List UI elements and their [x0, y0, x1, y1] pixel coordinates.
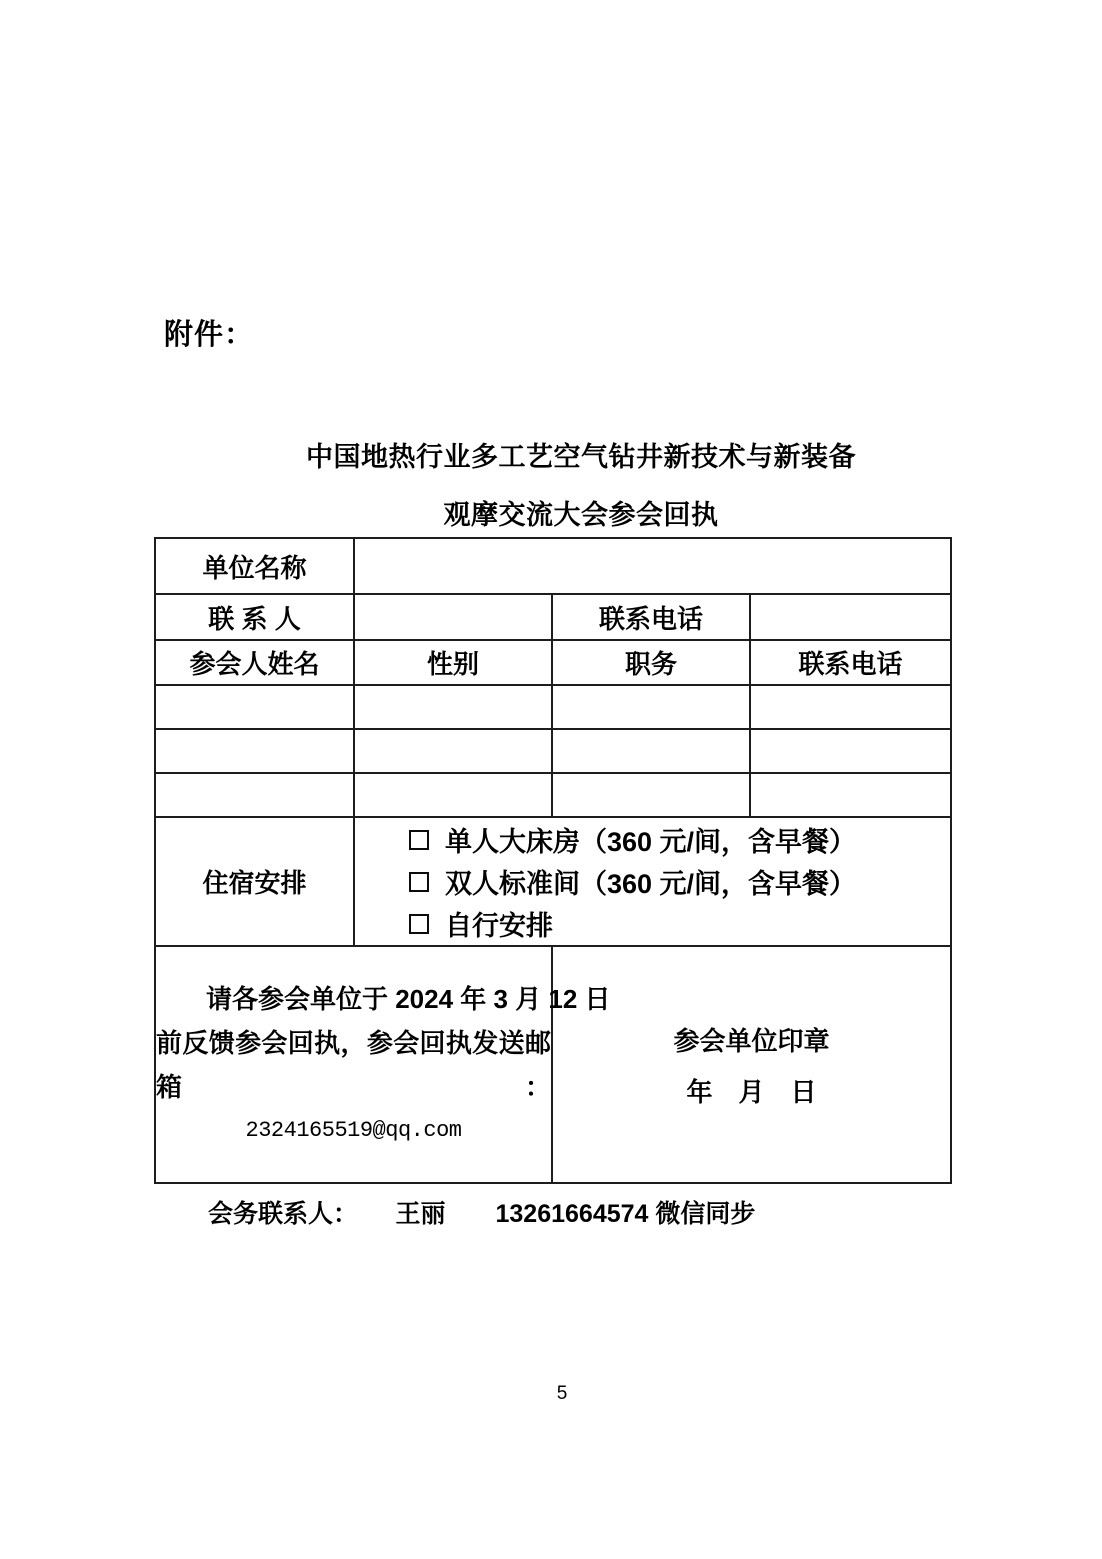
participant-name-cell[interactable]: [155, 729, 354, 773]
contact-person-label: 联 系 人: [155, 594, 354, 640]
contact-phone-input-cell[interactable]: [750, 594, 951, 640]
document-page: 附件： 中国地热行业多工艺空气钻井新技术与新装备 观摩交流大会参会回执 单位名称…: [0, 0, 1102, 1559]
participant-phone-cell[interactable]: [750, 729, 951, 773]
footer-contact-line: 会务联系人： 王丽 13261664574 微信同步: [208, 1194, 755, 1230]
seal-label: 参会单位印章: [553, 1021, 950, 1058]
participant-name-cell[interactable]: [155, 773, 354, 817]
unit-name-row: 单位名称: [155, 538, 951, 594]
accommodation-label: 住宿安排: [155, 817, 354, 946]
participant-gender-header: 性别: [354, 640, 552, 685]
accommodation-option: 双人标准间（360 元/间，含早餐）: [355, 861, 950, 903]
checkbox-icon[interactable]: [409, 914, 429, 934]
participant-gender-cell[interactable]: [354, 773, 552, 817]
participant-phone-header: 联系电话: [750, 640, 951, 685]
participant-name-header: 参会人姓名: [155, 640, 354, 685]
seal-cell: 参会单位印章 年 月 日: [552, 946, 951, 1183]
contact-person-input-cell[interactable]: [354, 594, 552, 640]
participant-position-cell[interactable]: [552, 729, 750, 773]
page-number: 5: [11, 1383, 1102, 1405]
feedback-line-1: 请各参会单位于 2024 年 3 月 12 日: [156, 977, 551, 1021]
accommodation-options-cell: 单人大床房（360 元/间，含早餐） 双人标准间（360 元/间，含早餐） 自行…: [354, 817, 951, 946]
accommodation-option: 单人大床房（360 元/间，含早餐）: [355, 819, 950, 861]
checkbox-icon[interactable]: [409, 872, 429, 892]
participant-row: [155, 773, 951, 817]
contact-row: 联 系 人 联系电话: [155, 594, 951, 640]
unit-name-label: 单位名称: [155, 538, 354, 594]
accommodation-option-label: 双人标准间（360 元/间，含早餐）: [445, 862, 856, 901]
contact-phone-label: 联系电话: [552, 594, 750, 640]
checkbox-icon[interactable]: [409, 830, 429, 850]
feedback-email: 2324165519@qq.com: [156, 1109, 551, 1153]
participant-header-row: 参会人姓名 性别 职务 联系电话: [155, 640, 951, 685]
participant-row: [155, 729, 951, 773]
participant-row: [155, 685, 951, 729]
participant-position-cell[interactable]: [552, 773, 750, 817]
accommodation-option-label: 单人大床房（360 元/间，含早餐）: [445, 820, 856, 859]
accommodation-option: 自行安排: [355, 903, 950, 945]
feedback-seal-row: 请各参会单位于 2024 年 3 月 12 日 前反馈参会回执，参会回执发送邮箱…: [155, 946, 951, 1183]
participant-position-header: 职务: [552, 640, 750, 685]
attachment-label: 附件：: [164, 312, 254, 353]
participant-gender-cell[interactable]: [354, 685, 552, 729]
participant-name-cell[interactable]: [155, 685, 354, 729]
seal-date-line: 年 月 日: [553, 1072, 950, 1109]
participant-phone-cell[interactable]: [750, 685, 951, 729]
participant-gender-cell[interactable]: [354, 729, 552, 773]
participant-phone-cell[interactable]: [750, 773, 951, 817]
registration-form-table: 单位名称 联 系 人 联系电话 参会人姓名 性别 职务 联系电话: [154, 537, 952, 1184]
participant-position-cell[interactable]: [552, 685, 750, 729]
unit-name-input-cell[interactable]: [354, 538, 951, 594]
accommodation-option-label: 自行安排: [445, 904, 553, 943]
accommodation-row: 住宿安排 单人大床房（360 元/间，含早餐） 双人标准间（360 元/间，含早…: [155, 817, 951, 946]
feedback-line-2: 前反馈参会回执，参会回执发送邮箱：: [156, 1021, 551, 1109]
page-title-line-1: 中国地热行业多工艺空气钻井新技术与新装备: [30, 435, 1102, 474]
page-title-line-2: 观摩交流大会参会回执: [30, 493, 1102, 532]
feedback-note-cell: 请各参会单位于 2024 年 3 月 12 日 前反馈参会回执，参会回执发送邮箱…: [155, 946, 552, 1183]
